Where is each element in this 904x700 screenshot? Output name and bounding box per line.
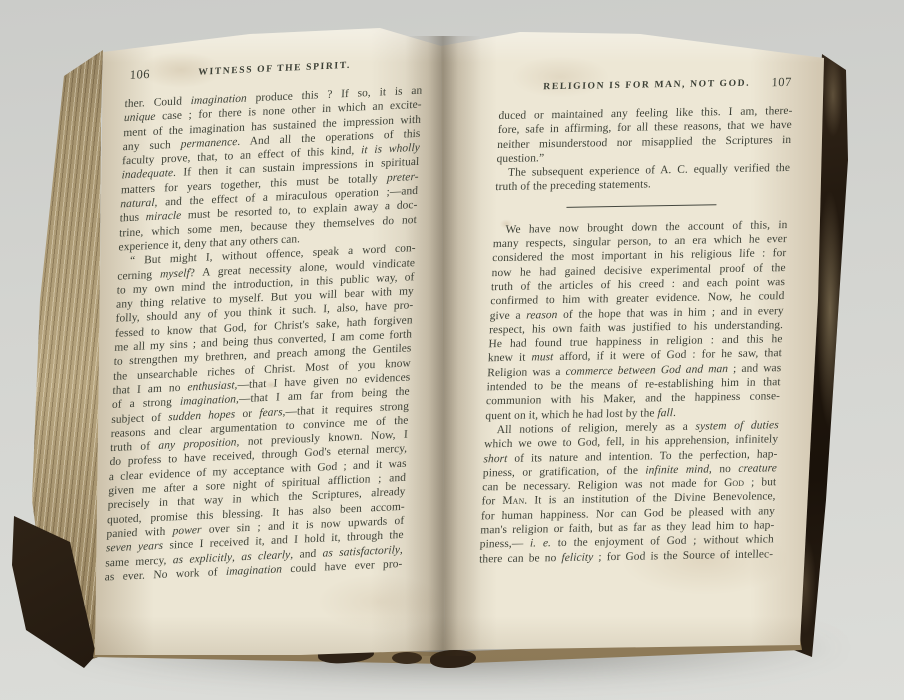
section-divider: [566, 204, 716, 208]
right-page-text: RELIGION IS FOR MAN, NOT GOD. 107 duced …: [479, 77, 794, 566]
left-page-number: 106: [129, 67, 150, 83]
photograph-of-open-book: 106 WITNESS OF THE SPIRIT. ther. Could i…: [0, 0, 904, 700]
right-page-number: 107: [771, 75, 792, 90]
left-page-text: 106 WITNESS OF THE SPIRIT. ther. Could i…: [104, 56, 423, 584]
left-page-body: ther. Could imagination produce this ? I…: [104, 84, 422, 585]
right-page-body: duced or maintained any feeling like thi…: [479, 104, 793, 566]
